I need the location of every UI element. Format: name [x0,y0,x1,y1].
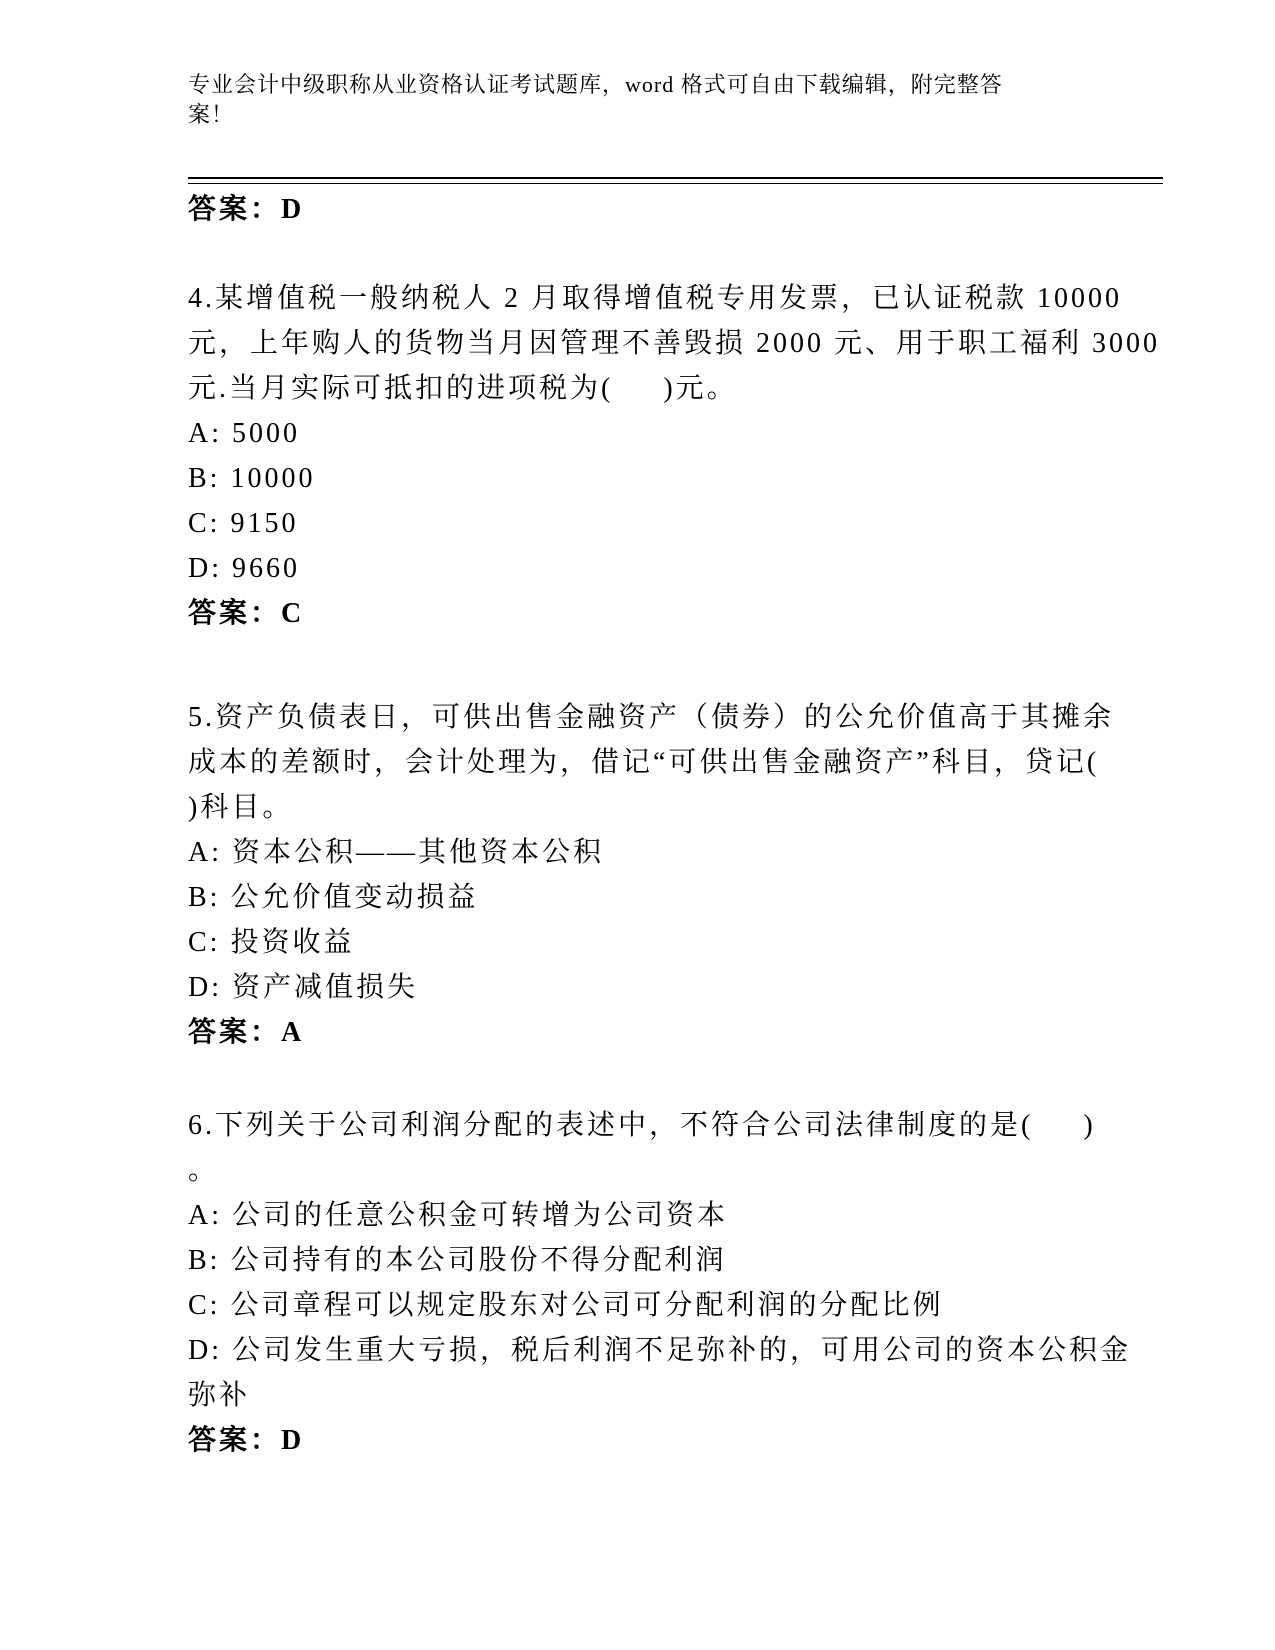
header-text-line-1: 专业会计中级职称从业资格认证考试题库，word 格式可自由下载编辑，附完整答 [188,70,1108,100]
question-6-option-a: A: 公司的任意公积金可转增为公司资本 [188,1193,1138,1238]
question-5-option-d: D: 资产减值损失 [188,965,1138,1010]
question-6-option-b: B: 公司持有的本公司股份不得分配利润 [188,1238,1138,1283]
answer-line-question-4: 答案：C [188,591,1138,636]
question-5-option-a: A: 资本公积——其他资本公积 [188,830,1138,875]
header-divider-rule [188,177,1163,184]
question-6-text-line: 。 [188,1148,1138,1193]
question-4-option-d: D: 9660 [188,546,1138,591]
question-4-option-a: A: 5000 [188,411,1138,456]
answer-line-question-6: 答案：D [188,1418,1138,1463]
question-6-option-d-continuation: 弥补 [188,1373,1138,1418]
question-4-option-b: B: 10000 [188,456,1138,501]
answer-line-previous: 答案：D [188,187,1138,232]
answer-line-question-5: 答案：A [188,1010,1138,1055]
question-4-text-line: 元，上年购人的货物当月因管理不善毁损 2000 元、用于职工福利 3000 [188,321,1138,366]
question-4-option-c: C: 9150 [188,501,1138,546]
question-4: 4.某增值税一般纳税人 2 月取得增值税专用发票，已认证税款 10000 元，上… [188,276,1138,636]
header-text-line-2: 案！ [188,100,1108,130]
question-6: 6.下列关于公司利润分配的表述中，不符合公司法律制度的是( ) 。 A: 公司的… [188,1103,1138,1463]
question-5-text-line: 5.资产负债表日，可供出售金融资产（债券）的公允价值高于其摊余 [188,695,1138,740]
question-5: 5.资产负债表日，可供出售金融资产（债券）的公允价值高于其摊余 成本的差额时，会… [188,695,1138,1055]
question-5-text-line: 成本的差额时，会计处理为，借记“可供出售金融资产”科目，贷记( [188,740,1138,785]
question-4-text-line: 元.当月实际可抵扣的进项税为( )元。 [188,366,1138,411]
document-body: 答案：D 4.某增值税一般纳税人 2 月取得增值税专用发票，已认证税款 1000… [188,187,1138,1463]
page-header: 专业会计中级职称从业资格认证考试题库，word 格式可自由下载编辑，附完整答 案… [188,70,1108,130]
question-5-text-line: )科目。 [188,785,1138,830]
question-5-option-c: C: 投资收益 [188,920,1138,965]
document-page: 专业会计中级职称从业资格认证考试题库，word 格式可自由下载编辑，附完整答 案… [0,0,1275,1650]
question-6-option-c: C: 公司章程可以规定股东对公司可分配利润的分配比例 [188,1283,1138,1328]
question-5-option-b: B: 公允价值变动损益 [188,875,1138,920]
question-4-text-line: 4.某增值税一般纳税人 2 月取得增值税专用发票，已认证税款 10000 [188,276,1138,321]
question-6-text-line: 6.下列关于公司利润分配的表述中，不符合公司法律制度的是( ) [188,1103,1138,1148]
question-6-option-d: D: 公司发生重大亏损，税后利润不足弥补的，可用公司的资本公积金 [188,1328,1138,1373]
